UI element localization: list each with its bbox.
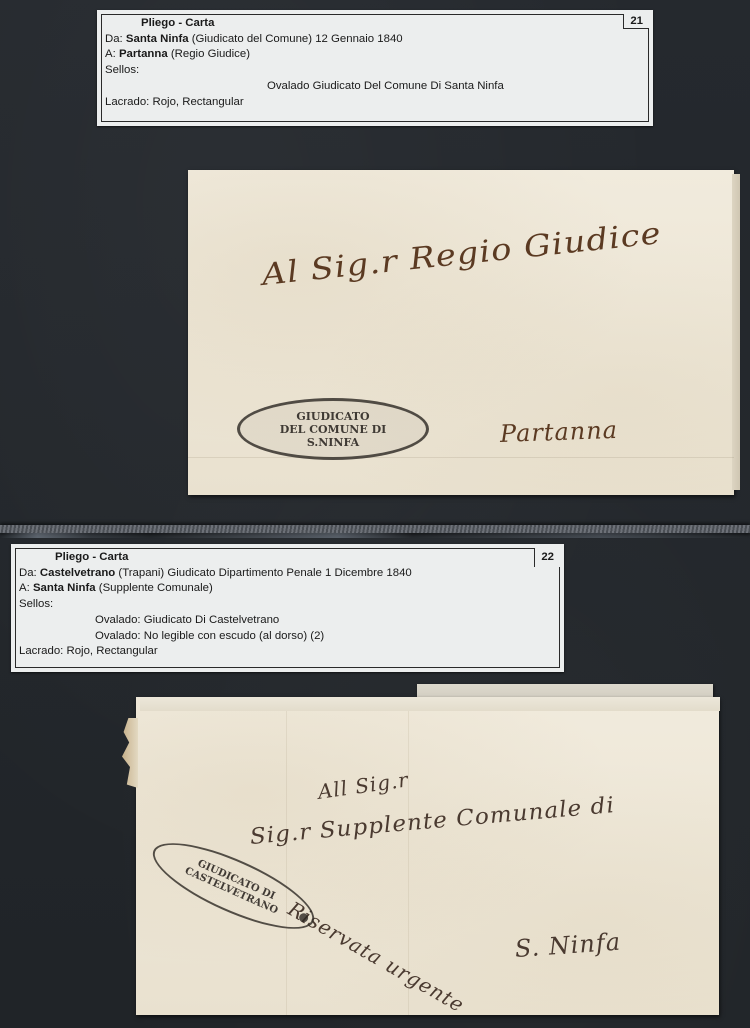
handstamp-line: GIUDICATO (240, 410, 426, 423)
to-place: Partanna (119, 48, 168, 60)
letter-fold-line (188, 457, 734, 458)
from-detail: (Trapani) Giudicato Dipartimento Penale … (118, 567, 411, 579)
letter-crease (286, 697, 287, 1015)
handwritten-destination: Partanna (500, 416, 619, 448)
to-label: A: (105, 48, 116, 60)
lot-label-21: Pliego - Carta 21 Da: Santa Ninfa (Giudi… (97, 10, 653, 126)
from-row: Da: Santa Ninfa (Giudicato del Comune) 1… (105, 32, 644, 48)
stamps-label: Sellos: (19, 597, 555, 613)
mount-glare (0, 533, 750, 538)
to-detail: (Supplente Comunale) (99, 582, 213, 594)
lot-number: 22 (534, 548, 560, 567)
from-place: Castelvetrano (40, 567, 115, 579)
seal-info: Lacrado: Rojo, Rectangular (19, 644, 555, 660)
letter-top-fold (140, 697, 720, 711)
to-label: A: (19, 582, 30, 594)
from-label: Da: (19, 567, 37, 579)
to-row: A: Santa Ninfa (Supplente Comunale) (19, 581, 555, 597)
stamp-entry: Ovalado: No legible con escudo (al dorso… (19, 629, 555, 645)
from-label: Da: (105, 33, 123, 45)
lot-title: Pliego - Carta (19, 550, 555, 566)
to-row: A: Partanna (Regio Giudice) (105, 47, 644, 63)
to-place: Santa Ninfa (33, 582, 96, 594)
handstamp-line: S.NINFA (240, 436, 426, 449)
lot-label-frame: Pliego - Carta 21 Da: Santa Ninfa (Giudi… (101, 14, 649, 122)
from-place: Santa Ninfa (126, 33, 189, 45)
lot-label-frame: Pliego - Carta 22 Da: Castelvetrano (Tra… (15, 548, 560, 668)
handstamp-line: DEL COMUNE DI (240, 423, 426, 436)
stamp-entry: Ovalado Giudicato Del Comune Di Santa Ni… (105, 79, 644, 95)
seal-info: Lacrado: Rojo, Rectangular (105, 95, 644, 111)
stamp-entry: Ovalado: Giudicato Di Castelvetrano (19, 613, 555, 629)
oval-handstamp-santa-ninfa: GIUDICATO DEL COMUNE DI S.NINFA (237, 398, 429, 460)
from-row: Da: Castelvetrano (Trapani) Giudicato Di… (19, 566, 555, 582)
lot-label-22: Pliego - Carta 22 Da: Castelvetrano (Tra… (11, 544, 564, 672)
lot-number: 21 (623, 14, 649, 29)
to-detail: (Regio Giudice) (171, 48, 250, 60)
album-mounting-strip (0, 525, 750, 533)
lot-title: Pliego - Carta (105, 16, 644, 32)
letter-fold-edge (732, 174, 740, 490)
stamps-label: Sellos: (105, 63, 644, 79)
from-detail: (Giudicato del Comune) 12 Gennaio 1840 (192, 33, 403, 45)
